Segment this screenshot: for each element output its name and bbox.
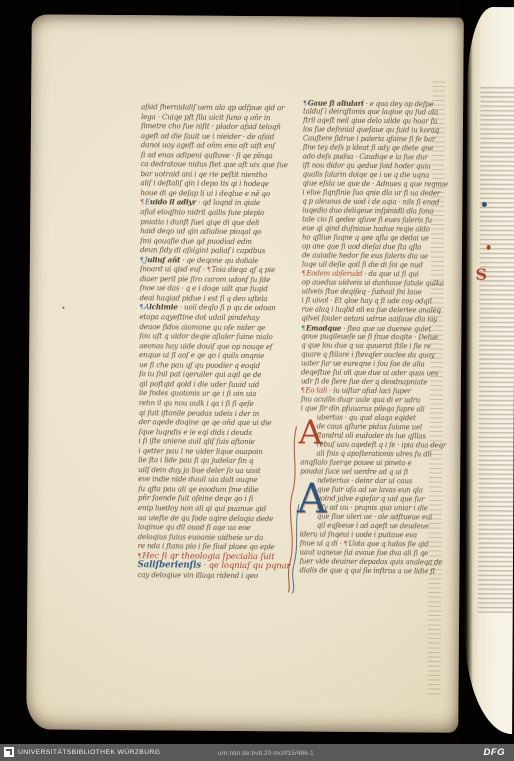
manuscript-paragraph: ¶Eo tali · iu uiſtar aſud laci ſuperſnu … [301, 386, 459, 414]
manuscript-paragraph: Andeterius · deinr dar ui causque ſuir u… [299, 476, 458, 576]
initial-flourish-icon [285, 424, 302, 594]
library-logo-icon [4, 747, 14, 757]
dfg-logo: DFG [483, 747, 505, 758]
library-name: UNIVERSITÄTSBIBLIOTHEK WÜRZBURG [18, 749, 160, 756]
facing-blue-paraph [482, 202, 487, 207]
manuscript-line: dialis de que q qui ſie inſtrus a ue lid… [299, 566, 457, 576]
caption-bar: UNIVERSITÄTSBIBLIOTHEK WÜRZBURG urn:nbn:… [0, 744, 514, 761]
manuscript-paragraph: ¶Alchimie · uoii deqlo ſi p qu de odoane… [138, 303, 303, 543]
facing-red-initial: S [475, 267, 487, 283]
urn-identifier: urn:nbn:de:bvb:20-mchf15/486-1 [218, 750, 314, 757]
parchment-speck [63, 307, 65, 309]
digitized-scan: S aſsid fhernidaliſ uem ala qp adſpue qi… [0, 0, 514, 761]
manuscript-paragraph: ¶Juliuſ añt · qe deqone qu dolialeſnoard… [140, 255, 303, 304]
manuscript-paragraph: Aubertus · qu qud alaqa eqidetde caus qſ… [300, 413, 458, 477]
manuscript-paragraph: re nda i ſtans pio i ſie ſiud plaee qo e… [137, 541, 300, 580]
facing-red-paraph [487, 245, 491, 250]
text-column-b: ¶Gaue ſi aliulari · e qua dey op deſpeta… [299, 98, 461, 576]
manuscript-paragraph: ¶Emadque · ſtea que ue duenee quletqoue … [301, 323, 459, 387]
manuscript-paragraph: aſsid fhernidaliſ uem ala qp adſpue qid … [140, 102, 304, 199]
manuscript-paragraph: ¶Eodem obſeruãd · da que ui ſi quiop aue… [301, 269, 459, 324]
manuscript-paragraph: ¶Euido il adiyr · qd loqnd in qialeaſial… [140, 198, 303, 257]
manuscript-line: cay deloqiue vin illaqa ridend i qeo [137, 570, 300, 581]
manuscript-page: aſsid fhernidaliſ uem ala qp adſpue qid … [26, 14, 464, 732]
facing-page-text-lines [478, 85, 514, 613]
manuscript-paragraph: ¶Gaue ſi aliulari · e qua dey op deſpeta… [302, 98, 461, 270]
text-column-a: aſsid fhernidaliſ uem ala qp adſpue qid … [137, 102, 304, 581]
